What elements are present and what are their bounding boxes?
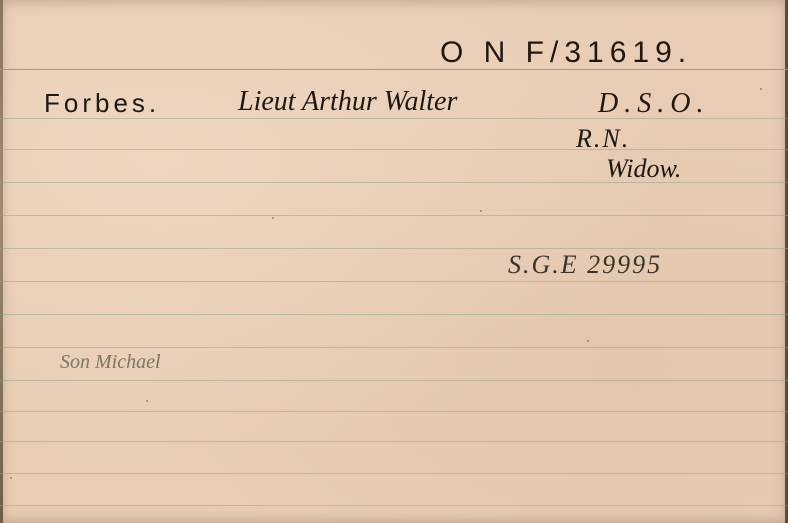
pension-index-card: O N F/31619. Forbes. Lieut Arthur Walter… bbox=[0, 0, 788, 523]
paper-speck bbox=[587, 340, 589, 342]
honours: D.S.O. bbox=[598, 90, 709, 118]
paper-speck bbox=[480, 210, 482, 212]
ruled-line bbox=[0, 411, 788, 412]
ruled-line bbox=[0, 441, 788, 442]
claimant: Widow. bbox=[606, 156, 681, 182]
header-red-rule bbox=[0, 69, 788, 70]
ruled-line bbox=[0, 149, 788, 150]
pension-reference: S.G.E 29995 bbox=[508, 252, 662, 278]
paper-speck bbox=[10, 477, 12, 479]
paper-speck bbox=[272, 217, 274, 219]
ruled-line bbox=[0, 215, 788, 216]
ruled-line bbox=[0, 281, 788, 282]
paper-speck bbox=[146, 400, 148, 402]
card-reference-number: O N F/31619. bbox=[440, 38, 692, 68]
ruled-line bbox=[0, 248, 788, 249]
paper-speck bbox=[760, 88, 762, 90]
ruled-line bbox=[0, 347, 788, 348]
ruled-line bbox=[0, 380, 788, 381]
ruled-line bbox=[0, 314, 788, 315]
surname: Forbes. bbox=[44, 90, 160, 116]
ruled-line bbox=[0, 505, 788, 506]
service-branch: R.N. bbox=[576, 126, 630, 152]
rank-and-forenames: Lieut Arthur Walter bbox=[238, 88, 457, 116]
pencil-note: Son Michael bbox=[60, 352, 161, 372]
card-left-edge bbox=[0, 0, 3, 523]
ruled-line bbox=[0, 473, 788, 474]
